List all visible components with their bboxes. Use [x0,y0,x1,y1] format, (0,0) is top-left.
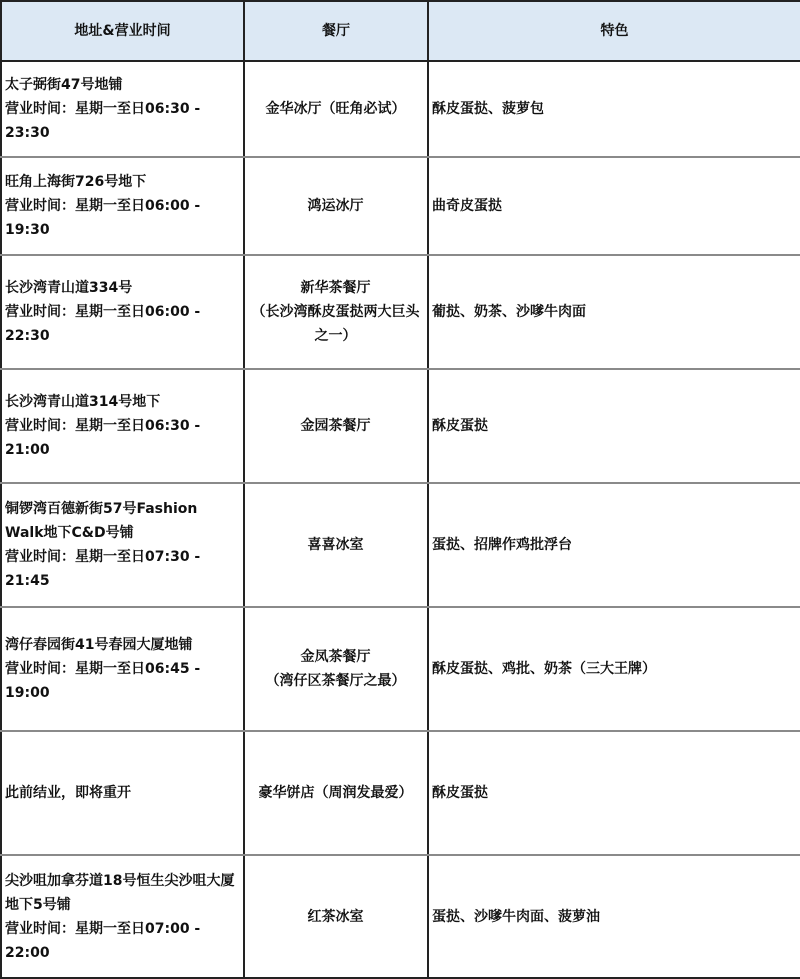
table-row: 铜锣湾百德新街57号Fashion Walk地下C&D号铺 营业时间：星期一至日… [1,483,800,607]
address: 湾仔春园街41号春园大厦地铺 [5,633,239,657]
address-hours-cell: 太子弼街47号地铺 营业时间：星期一至日06:30 - 23:30 [1,61,244,157]
restaurant-note: （长沙湾酥皮蛋挞两大巨头之一） [248,300,423,348]
restaurant-cell: 豪华饼店（周润发最爱） [244,731,428,855]
table-row: 湾仔春园街41号春园大厦地铺 营业时间：星期一至日06:45 - 19:00 金… [1,607,800,731]
address: 此前结业，即将重开 [5,781,239,805]
address: 太子弼街47号地铺 [5,73,239,97]
restaurant-name: 新华茶餐厅 [248,276,423,300]
restaurant-name: 红茶冰室 [248,905,423,929]
hours: 营业时间：星期一至日06:00 - 22:30 [5,300,239,348]
header-specialty: 特色 [428,1,800,61]
restaurant-name: 豪华饼店（周润发最爱） [248,781,423,805]
restaurant-name: 鸿运冰厅 [248,194,423,218]
address-hours-cell: 铜锣湾百德新街57号Fashion Walk地下C&D号铺 营业时间：星期一至日… [1,483,244,607]
address-hours-cell: 长沙湾青山道314号地下 营业时间：星期一至日06:30 - 21:00 [1,369,244,483]
restaurant-name: 喜喜冰室 [248,533,423,557]
hours: 营业时间：星期一至日06:00 - 19:30 [5,194,239,242]
address: 长沙湾青山道314号地下 [5,390,239,414]
table-row: 长沙湾青山道334号 营业时间：星期一至日06:00 - 22:30 新华茶餐厅… [1,255,800,369]
specialty-cell: 酥皮蛋挞 [428,731,800,855]
hours: 营业时间：星期一至日07:00 - 22:00 [5,917,239,965]
restaurant-table: 地址&营业时间 餐厅 特色 太子弼街47号地铺 营业时间：星期一至日06:30 … [0,0,800,979]
address-hours-cell: 湾仔春园街41号春园大厦地铺 营业时间：星期一至日06:45 - 19:00 [1,607,244,731]
address-hours-cell: 此前结业，即将重开 [1,731,244,855]
address: 长沙湾青山道334号 [5,276,239,300]
table-row: 长沙湾青山道314号地下 营业时间：星期一至日06:30 - 21:00 金园茶… [1,369,800,483]
address: 铜锣湾百德新街57号Fashion Walk地下C&D号铺 [5,497,239,545]
restaurant-cell: 金华冰厅（旺角必试） [244,61,428,157]
address: 尖沙咀加拿芬道18号恒生尖沙咀大厦地下5号铺 [5,869,239,917]
restaurant-note: （湾仔区茶餐厅之最） [248,669,423,693]
specialty-cell: 曲奇皮蛋挞 [428,157,800,255]
specialty-cell: 酥皮蛋挞、菠萝包 [428,61,800,157]
restaurant-name: 金凤茶餐厅 [248,645,423,669]
restaurant-cell: 鸿运冰厅 [244,157,428,255]
restaurant-name: 金华冰厅（旺角必试） [248,97,423,121]
table-row: 此前结业，即将重开 豪华饼店（周润发最爱） 酥皮蛋挞 [1,731,800,855]
header-restaurant: 餐厅 [244,1,428,61]
restaurant-name: 金园茶餐厅 [248,414,423,438]
specialty-cell: 蛋挞、沙嗲牛肉面、菠萝油 [428,855,800,978]
header-address-hours: 地址&营业时间 [1,1,244,61]
address-hours-cell: 旺角上海街726号地下 营业时间：星期一至日06:00 - 19:30 [1,157,244,255]
restaurant-cell: 红茶冰室 [244,855,428,978]
hours: 营业时间：星期一至日06:45 - 19:00 [5,657,239,705]
table-row: 尖沙咀加拿芬道18号恒生尖沙咀大厦地下5号铺 营业时间：星期一至日07:00 -… [1,855,800,978]
restaurant-cell: 新华茶餐厅 （长沙湾酥皮蛋挞两大巨头之一） [244,255,428,369]
table-row: 太子弼街47号地铺 营业时间：星期一至日06:30 - 23:30 金华冰厅（旺… [1,61,800,157]
specialty-cell: 蛋挞、招牌作鸡批浮台 [428,483,800,607]
hours: 营业时间：星期一至日06:30 - 21:00 [5,414,239,462]
restaurant-cell: 金园茶餐厅 [244,369,428,483]
hours: 营业时间：星期一至日06:30 - 23:30 [5,97,239,145]
restaurant-cell: 喜喜冰室 [244,483,428,607]
table-row: 旺角上海街726号地下 营业时间：星期一至日06:00 - 19:30 鸿运冰厅… [1,157,800,255]
specialty-cell: 葡挞、奶茶、沙嗲牛肉面 [428,255,800,369]
specialty-cell: 酥皮蛋挞、鸡批、奶茶（三大王牌） [428,607,800,731]
header-row: 地址&营业时间 餐厅 特色 [1,1,800,61]
address-hours-cell: 尖沙咀加拿芬道18号恒生尖沙咀大厦地下5号铺 营业时间：星期一至日07:00 -… [1,855,244,978]
specialty-cell: 酥皮蛋挞 [428,369,800,483]
address-hours-cell: 长沙湾青山道334号 营业时间：星期一至日06:00 - 22:30 [1,255,244,369]
hours: 营业时间：星期一至日07:30 - 21:45 [5,545,239,593]
address: 旺角上海街726号地下 [5,170,239,194]
restaurant-cell: 金凤茶餐厅 （湾仔区茶餐厅之最） [244,607,428,731]
